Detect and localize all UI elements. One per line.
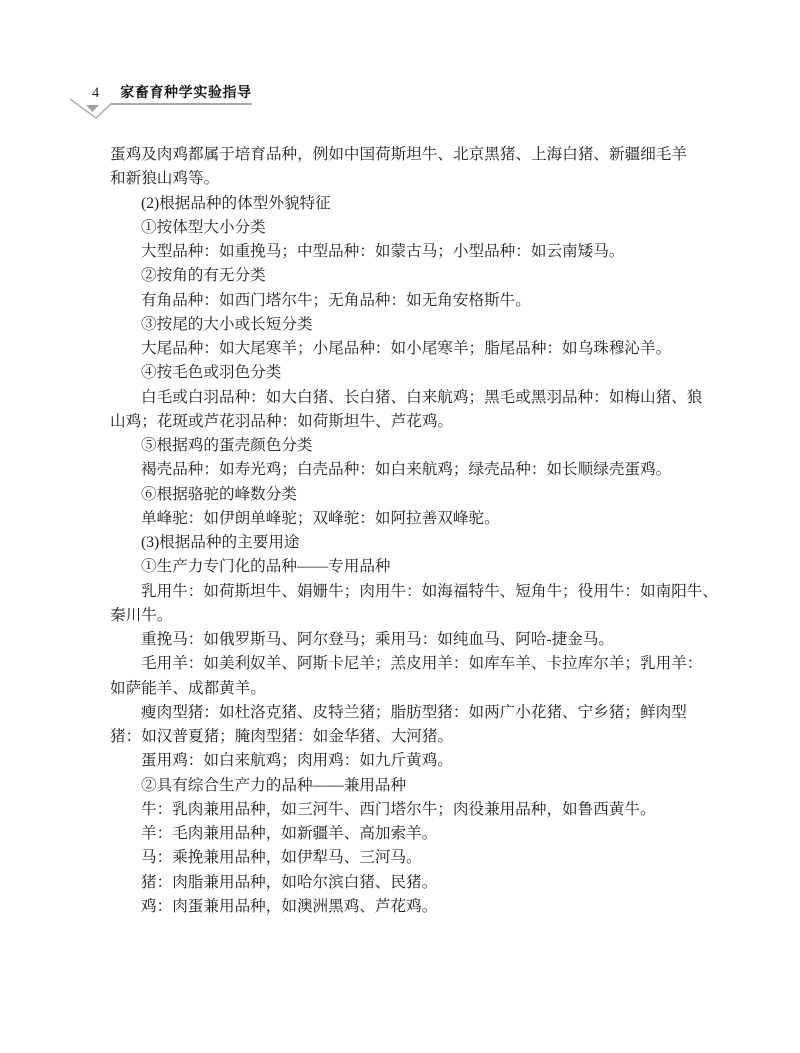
down-triangle-icon [86, 105, 99, 112]
text-line: 猪：如汉普夏猪；腌肉型猪：如金华猪、大河猪。 [110, 725, 694, 749]
header-rule-decoration [68, 96, 263, 124]
text-line: ①生产力专门化的品种——专用品种 [110, 555, 694, 579]
text-line: 羊：毛肉兼用品种，如新疆羊、高加索羊。 [110, 822, 694, 846]
text-line: (3)根据品种的主要用途 [110, 531, 694, 555]
text-line: 猪：肉脂兼用品种，如哈尔滨白猪、民猪。 [110, 871, 694, 895]
text-line: 乳用牛：如荷斯坦牛、娟姗牛；肉用牛：如海福特牛、短角牛；役用牛：如南阳牛、 [110, 580, 694, 604]
text-line: 白毛或白羽品种：如大白猪、长白猪、白来航鸡；黑毛或黑羽品种：如梅山猪、狼 [110, 386, 694, 410]
text-line: 毛用羊：如美利奴羊、阿斯卡尼羊；羔皮用羊：如库车羊、卡拉库尔羊；乳用羊： [110, 652, 694, 676]
text-line: 鸡：肉蛋兼用品种，如澳洲黑鸡、芦花鸡。 [110, 895, 694, 919]
text-line: 重挽马：如俄罗斯马、阿尔登马；乘用马：如纯血马、阿哈-捷金马。 [110, 628, 694, 652]
text-line: 蛋用鸡：如白来航鸡；肉用鸡：如九斤黄鸡。 [110, 749, 694, 773]
text-line: 瘦肉型猪：如杜洛克猪、皮特兰猪；脂肪型猪：如两广小花猪、宁乡猪；鲜肉型 [110, 701, 694, 725]
text-line: 单峰驼：如伊朗单峰驼；双峰驼：如阿拉善双峰驼。 [110, 507, 694, 531]
text-line: 蛋鸡及肉鸡都属于培育品种，例如中国荷斯坦牛、北京黑猪、上海白猪、新疆细毛羊 [110, 143, 694, 167]
text-line: ④按毛色或羽色分类 [110, 361, 694, 385]
text-line: (2)根据品种的体型外貌特征 [110, 192, 694, 216]
text-line: 如萨能羊、成都黄羊。 [110, 677, 694, 701]
text-line: 马：乘挽兼用品种，如伊犁马、三河马。 [110, 846, 694, 870]
text-line: ③按尾的大小或长短分类 [110, 313, 694, 337]
text-line: 大型品种：如重挽马；中型品种：如蒙古马；小型品种：如云南矮马。 [110, 240, 694, 264]
book-page: 4 家畜育种学实验指导 蛋鸡及肉鸡都属于培育品种，例如中国荷斯坦牛、北京黑猪、上… [0, 0, 800, 1053]
text-line: 牛：乳肉兼用品种，如三河牛、西门塔尔牛；肉役兼用品种，如鲁西黄牛。 [110, 798, 694, 822]
text-line: ①按体型大小分类 [110, 216, 694, 240]
text-line: ⑤根据鸡的蛋壳颜色分类 [110, 434, 694, 458]
page-body: 蛋鸡及肉鸡都属于培育品种，例如中国荷斯坦牛、北京黑猪、上海白猪、新疆细毛羊和新狼… [110, 143, 694, 919]
text-line: 秦川牛。 [110, 604, 694, 628]
text-line: 山鸡；花斑或芦花羽品种：如荷斯坦牛、芦花鸡。 [110, 410, 694, 434]
text-line: ②具有综合生产力的品种——兼用品种 [110, 774, 694, 798]
text-line: ⑥根据骆驼的峰数分类 [110, 483, 694, 507]
text-line: 和新狼山鸡等。 [110, 167, 694, 191]
text-line: 褐壳品种：如寿光鸡；白壳品种：如白来航鸡；绿壳品种：如长顺绿壳蛋鸡。 [110, 458, 694, 482]
text-line: 有角品种：如西门塔尔牛；无角品种：如无角安格斯牛。 [110, 289, 694, 313]
text-line: 大尾品种：如大尾寒羊；小尾品种：如小尾寒羊；脂尾品种：如乌珠穆沁羊。 [110, 337, 694, 361]
text-line: ②按角的有无分类 [110, 264, 694, 288]
